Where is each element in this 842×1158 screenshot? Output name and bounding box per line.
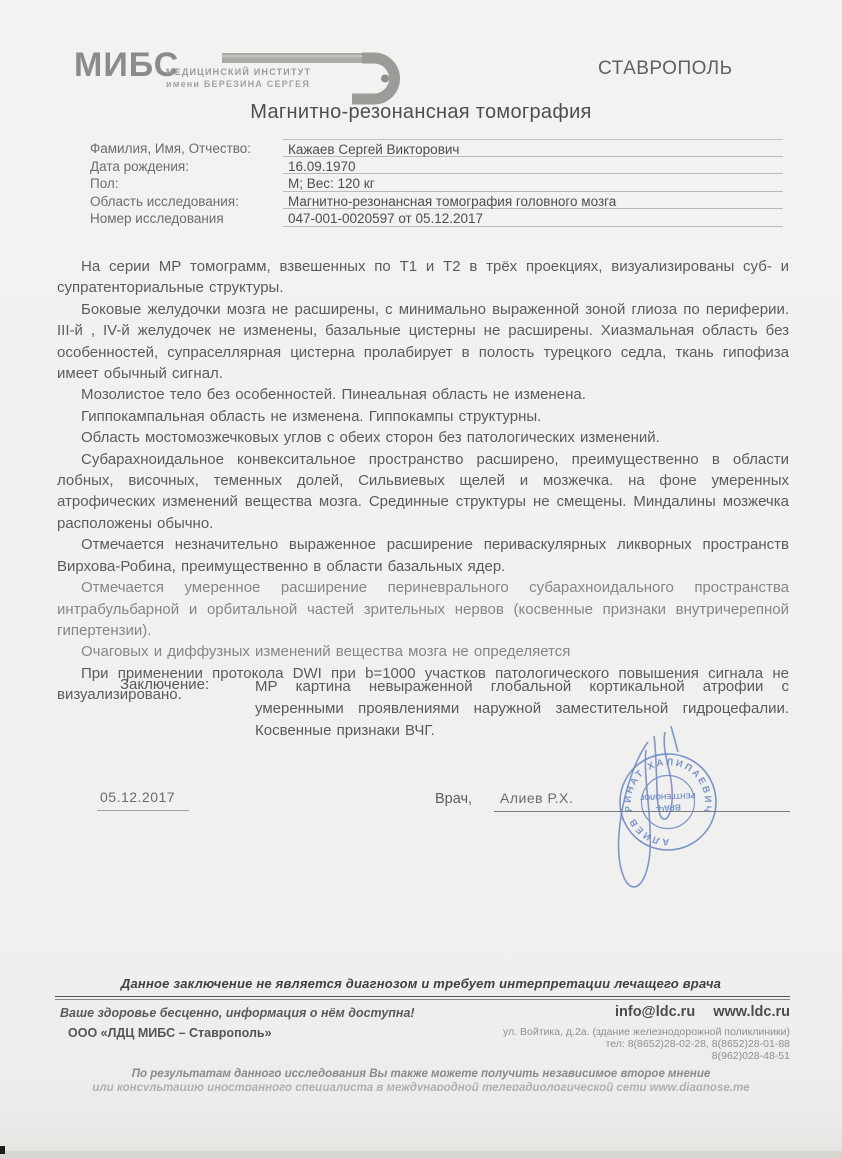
footer-note-line2-clipped: или консультацию иностранного специалист… — [0, 1082, 842, 1091]
mibs-logo: МИБС МЕДИЦИНСКИЙ ИНСТИТУТ имени БЕРЕЗИНА… — [74, 46, 344, 102]
scan-edge-strip — [0, 1151, 842, 1158]
report-paragraph: Мозолистое тело без особенностей. Пинеал… — [57, 384, 789, 405]
disclaimer-text: Данное заключение не является диагнозом … — [0, 976, 842, 991]
report-paragraph: Отмечается умеренное расширение периневр… — [57, 577, 789, 641]
report-date: 05.12.2017 — [100, 789, 175, 805]
footer-phone-line2: 8(962)028-48-51 — [712, 1050, 790, 1062]
field-label: Пол: — [90, 176, 119, 191]
conclusion-label: Заключение: — [120, 676, 209, 693]
footer-divider — [55, 996, 790, 1000]
field-value: Магнитно-резонансная томография головног… — [283, 192, 783, 210]
field-value: 16.09.1970 — [283, 157, 783, 175]
svg-text:АЛИЕВ РИНАТ ХАЛИПАЕВИЧ: АЛИЕВ РИНАТ ХАЛИПАЕВИЧ — [621, 755, 714, 849]
website-text: www.ldc.ru — [713, 1004, 790, 1020]
doctor-name: Алиев Р.Х. — [500, 790, 573, 806]
logo-acronym: МИБС — [74, 46, 179, 85]
report-body: На серии МР томограмм, взвешенных по Т1 … — [57, 256, 789, 706]
table-row: Номер исследования 047-001-0020597 от 05… — [90, 209, 784, 227]
table-row: Пол: М; Вес: 120 кг — [90, 174, 784, 192]
footer-contacts-web: info@ldc.ruwww.ldc.ru — [615, 1004, 790, 1020]
magnet-icon — [222, 46, 412, 108]
patient-info-table: Фамилия, Имя, Отчество: Кажаев Сергей Ви… — [90, 139, 784, 227]
scanned-mri-report-page: МИБС МЕДИЦИНСКИЙ ИНСТИТУТ имени БЕРЕЗИНА… — [0, 0, 842, 1158]
footer-note-line2: или консультацию иностранного специалист… — [0, 1082, 842, 1091]
table-row: Дата рождения: 16.09.1970 — [90, 157, 784, 175]
company-name: ООО «ЛДЦ МИБС – Ставрополь» — [68, 1026, 272, 1040]
report-paragraph: На серии МР томограмм, взвешенных по Т1 … — [57, 256, 789, 299]
email-text: info@ldc.ru — [615, 1004, 695, 1020]
field-label: Номер исследования — [90, 211, 224, 226]
field-label: Фамилия, Имя, Отчество: — [90, 141, 251, 156]
report-paragraph: Боковые желудочки мозга не расширены, с … — [57, 299, 789, 385]
table-row: Фамилия, Имя, Отчество: Кажаев Сергей Ви… — [90, 139, 784, 157]
report-paragraph: Отмечается незначительно выраженное расш… — [57, 534, 789, 577]
doctor-stamp: АЛИЕВ РИНАТ ХАЛИПАЕВИЧ ВРАЧ- РЕНТГЕНОЛОГ — [598, 720, 748, 920]
footer-address: ул. Войтика, д.2а. (здание железнодорожн… — [503, 1026, 790, 1038]
report-paragraph: Субарахноидальное конвекситальное простр… — [57, 449, 789, 535]
table-row: Область исследования: Магнитно-резонансн… — [90, 192, 784, 210]
report-paragraph: Область мостомозжечковых углов с обеих с… — [57, 427, 789, 448]
field-value: Кажаев Сергей Викторович — [283, 139, 783, 157]
report-paragraph: Гиппокампальная область не изменена. Гип… — [57, 406, 789, 427]
footer-phone-line1: тел: 8(8652)28-02-28, 8(8652)28-01-88 — [606, 1038, 790, 1050]
stamp-ring-text: АЛИЕВ РИНАТ ХАЛИПАЕВИЧ — [621, 755, 714, 849]
field-value: 047-001-0020597 от 05.12.2017 — [283, 209, 783, 227]
branch-city: СТАВРОПОЛЬ — [598, 58, 733, 80]
field-value: М; Вес: 120 кг — [283, 174, 783, 192]
doctor-label: Врач, — [435, 791, 472, 807]
signature-underline — [494, 811, 790, 812]
field-label: Область исследования: — [90, 194, 239, 209]
footer-slogan: Ваше здоровье бесценно, информация о нём… — [60, 1006, 415, 1020]
field-label: Дата рождения: — [90, 159, 189, 174]
scan-corner-mark — [0, 1146, 5, 1154]
report-paragraph: Очаговых и диффузных изменений вещества … — [57, 641, 789, 662]
document-title: Магнитно-резонансная томография — [0, 101, 842, 124]
logo-subtitle-line1: МЕДИЦИНСКИЙ ИНСТИТУТ — [166, 67, 311, 77]
logo-subtitle-line2: имени БЕРЕЗИНА СЕРГЕЯ — [166, 79, 310, 89]
date-underline — [97, 810, 189, 811]
footer-note-line1: По результатам данного исследования Вы т… — [0, 1068, 842, 1080]
